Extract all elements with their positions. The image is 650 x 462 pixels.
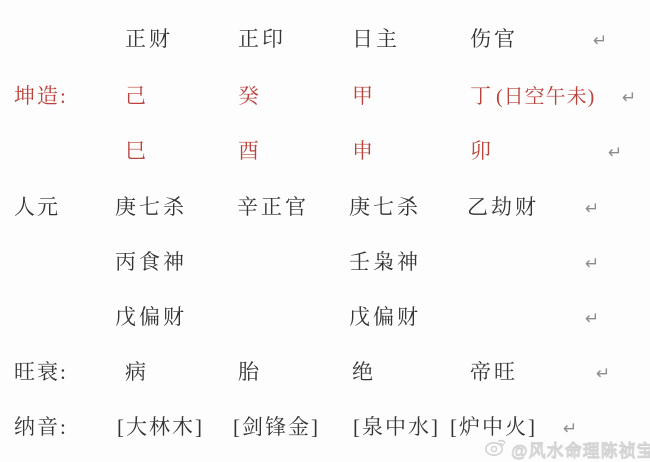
branch-day: 申 — [352, 138, 376, 164]
shishen-month: 正印 — [238, 26, 286, 52]
row-wangshuai: 旺衰: 病 胎 绝 帝旺 ↵ — [0, 359, 650, 385]
branch-year: 巳 — [125, 138, 149, 164]
kunzao-label: 坤造: — [14, 83, 68, 109]
watermark-account-name: @风水命理陈祯宝 — [511, 436, 650, 461]
hidden3-day: 戊偏财 — [349, 304, 421, 330]
void-note: (日空午未) — [496, 84, 595, 110]
row-branches: 巳 酉 申 卯 ↵ — [0, 138, 650, 164]
paragraph-mark-icon: ↵ — [585, 306, 599, 332]
paragraph-mark-icon: ↵ — [585, 196, 599, 222]
wangshuai-hour: 帝旺 — [470, 359, 518, 385]
wangshuai-year: 病 — [125, 359, 149, 385]
shishen-hour: 伤官 — [470, 26, 518, 52]
stem-hour: 丁 — [470, 83, 494, 109]
row-hidden-3: 戊偏财 戊偏财 ↵ — [0, 304, 650, 330]
renyuan-month: 辛正官 — [237, 194, 309, 220]
wangshuai-day: 绝 — [352, 359, 376, 385]
weibo-logo-icon — [484, 435, 508, 462]
branch-month: 酉 — [238, 138, 262, 164]
paragraph-mark-icon: ↵ — [608, 140, 622, 166]
paragraph-mark-icon: ↵ — [596, 361, 610, 387]
hidden3-year: 戊偏财 — [115, 304, 187, 330]
hidden2-year: 丙食神 — [115, 249, 187, 275]
hidden2-day: 壬枭神 — [349, 249, 421, 275]
row-renyuan: 人元 庚七杀 辛正官 庚七杀 乙劫财 ↵ — [0, 194, 650, 220]
renyuan-day: 庚七杀 — [349, 194, 421, 220]
nayin-month: [剑锋金] — [233, 414, 320, 440]
renyuan-year: 庚七杀 — [115, 194, 187, 220]
paragraph-mark-icon: ↵ — [585, 251, 599, 277]
stem-month: 癸 — [238, 83, 262, 109]
nayin-label: 纳音: — [14, 414, 68, 440]
nayin-year: [大林木] — [117, 414, 204, 440]
renyuan-hour: 乙劫财 — [467, 194, 539, 220]
shishen-day: 日主 — [352, 26, 400, 52]
row-stems: 坤造: 己 癸 甲 丁 (日空午未) ↵ — [0, 83, 650, 109]
paragraph-mark-icon: ↵ — [622, 85, 636, 111]
wangshuai-label: 旺衰: — [14, 359, 68, 385]
shishen-year: 正财 — [125, 26, 173, 52]
row-hidden-2: 丙食神 壬枭神 ↵ — [0, 249, 650, 275]
bazi-chart-document: 正财 正印 日主 伤官 ↵ 坤造: 己 癸 甲 丁 (日空午未) ↵ 巳 酉 申… — [0, 0, 650, 462]
nayin-day: [泉中水] — [353, 414, 440, 440]
wangshuai-month: 胎 — [238, 359, 262, 385]
row-shishen: 正财 正印 日主 伤官 ↵ — [0, 26, 650, 52]
paragraph-mark-icon: ↵ — [593, 28, 607, 54]
weibo-watermark: @风水命理陈祯宝 — [484, 436, 650, 460]
branch-hour: 卯 — [470, 138, 494, 164]
renyuan-label: 人元 — [14, 194, 60, 220]
stem-year: 己 — [125, 83, 149, 109]
stem-day: 甲 — [352, 83, 376, 109]
